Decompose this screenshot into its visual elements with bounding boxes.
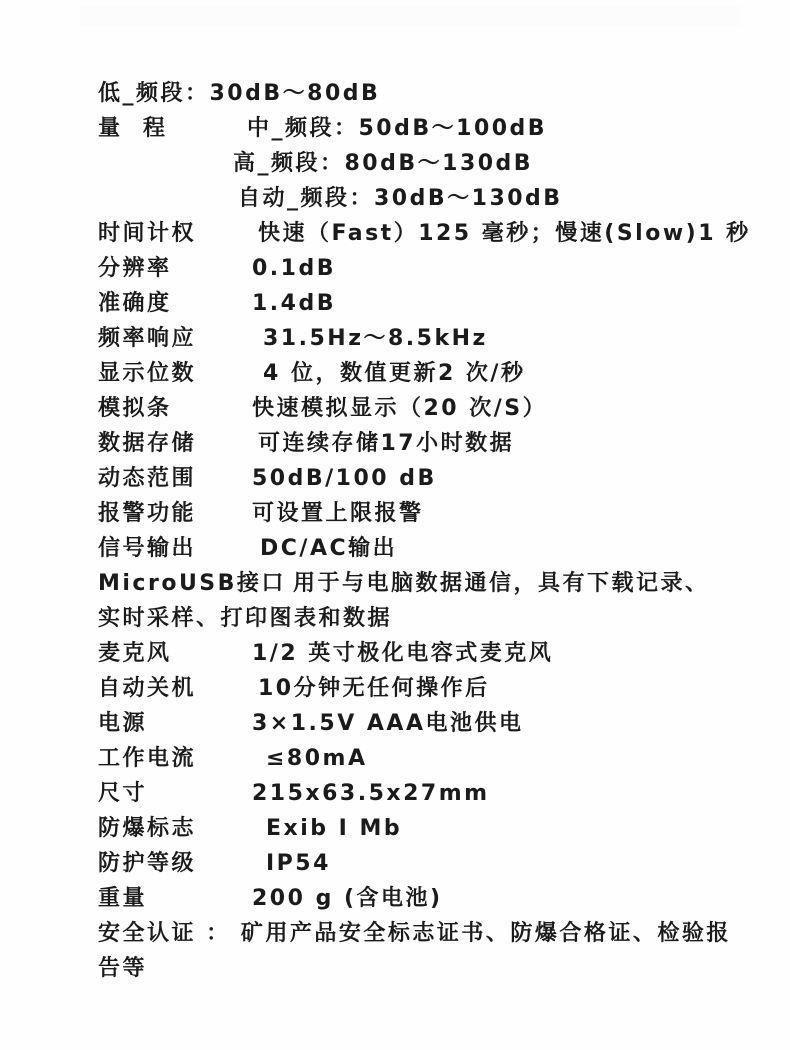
spec-value: 快速（Fast）125 毫秒；慢速(Slow)1 秒 <box>258 216 751 251</box>
spec-value: 中_频段：50dB～100dB <box>247 111 547 146</box>
spec-label: 尺寸 <box>98 776 147 811</box>
spec-row: 量 程中_频段：50dB～100dB <box>0 111 790 146</box>
spec-value: 可连续存储17小时数据 <box>258 426 514 461</box>
spec-label: 准确度 <box>98 286 172 321</box>
spec-value: 告等 <box>98 951 147 986</box>
spec-value: 自动_频段：30dB～130dB <box>238 181 563 216</box>
spec-value: 1.4dB <box>252 286 336 321</box>
spec-value: 快速模拟显示（20 次/S） <box>252 391 547 426</box>
spec-label: 模拟条 <box>98 391 172 426</box>
spec-label: 数据存储 <box>98 426 196 461</box>
spec-label: 信号输出 <box>98 531 196 566</box>
spec-row: 动态范围50dB/100 dB <box>0 461 790 496</box>
spec-value: 实时采样、打印图表和数据 <box>98 601 392 636</box>
spec-row: 电源3×1.5V AAA电池供电 <box>0 706 790 741</box>
spec-row: 时间计权快速（Fast）125 毫秒；慢速(Slow)1 秒 <box>0 216 790 251</box>
spec-row: 报警功能可设置上限报警 <box>0 496 790 531</box>
spec-label: 报警功能 <box>98 496 196 531</box>
spec-value: 低_频段：30dB～80dB <box>98 76 380 111</box>
spec-row: 尺寸215x63.5x27mm <box>0 776 790 811</box>
spec-row: 自动_频段：30dB～130dB <box>0 181 790 216</box>
spec-row: 高_频段：80dB～130dB <box>0 146 790 181</box>
spec-row: 低_频段：30dB～80dB <box>0 76 790 111</box>
spec-label: 电源 <box>98 706 147 741</box>
spec-value: ≤80mA <box>266 741 368 776</box>
spec-label: 量 程 <box>98 111 167 146</box>
spec-row: 信号输出DC/AC输出 <box>0 531 790 566</box>
spec-value: 10分钟无任何操作后 <box>258 671 490 706</box>
spec-row: 防爆标志Exib I Mb <box>0 811 790 846</box>
scan-artifact <box>80 6 740 26</box>
spec-value: DC/AC输出 <box>260 531 397 566</box>
spec-row: 防护等级IP54 <box>0 846 790 881</box>
spec-row: 分辨率0.1dB <box>0 251 790 286</box>
spec-row: 实时采样、打印图表和数据 <box>0 601 790 636</box>
spec-label: 防爆标志 <box>98 811 196 846</box>
spec-row: 准确度1.4dB <box>0 286 790 321</box>
spec-row: 频率响应31.5Hz～8.5kHz <box>0 321 790 356</box>
spec-value: 4 位，数值更新2 次/秒 <box>263 356 525 391</box>
spec-label: 麦克风 <box>98 636 172 671</box>
spec-row: 模拟条快速模拟显示（20 次/S） <box>0 391 790 426</box>
spec-value: IP54 <box>266 846 331 881</box>
spec-value: 31.5Hz～8.5kHz <box>263 321 488 356</box>
spec-value: 200 g (含电池) <box>252 881 443 916</box>
spec-value: 1/2 英寸极化电容式麦克风 <box>252 636 553 671</box>
spec-rows-container: 低_频段：30dB～80dB量 程中_频段：50dB～100dB高_频段：80d… <box>0 76 790 986</box>
spec-label: 频率响应 <box>98 321 196 356</box>
spec-label: 动态范围 <box>98 461 196 496</box>
spec-value: 3×1.5V AAA电池供电 <box>252 706 523 741</box>
spec-value: 可设置上限报警 <box>252 496 424 531</box>
spec-label: 自动关机 <box>98 671 196 706</box>
spec-label: 重量 <box>98 881 147 916</box>
spec-value: 用于与电脑数据通信，具有下载记录、 <box>293 566 710 601</box>
spec-value: 高_频段：80dB～130dB <box>233 146 533 181</box>
spec-label: 显示位数 <box>98 356 196 391</box>
spec-row: 工作电流≤80mA <box>0 741 790 776</box>
spec-row: 数据存储可连续存储17小时数据 <box>0 426 790 461</box>
spec-value: Exib I Mb <box>266 811 402 846</box>
spec-value: 50dB/100 dB <box>252 461 437 496</box>
spec-row: 重量200 g (含电池) <box>0 881 790 916</box>
spec-label: 分辨率 <box>98 251 172 286</box>
spec-sheet: 低_频段：30dB～80dB量 程中_频段：50dB～100dB高_频段：80d… <box>0 0 790 1050</box>
spec-value: 0.1dB <box>252 251 336 286</box>
spec-label: MicroUSB接口 <box>98 566 286 601</box>
spec-value: 安全认证 ： 矿用产品安全标志证书、防爆合格证、检验报 <box>98 916 731 951</box>
spec-label: 防护等级 <box>98 846 196 881</box>
spec-label: 工作电流 <box>98 741 196 776</box>
spec-row: 自动关机10分钟无任何操作后 <box>0 671 790 706</box>
spec-row: 显示位数4 位，数值更新2 次/秒 <box>0 356 790 391</box>
spec-row: MicroUSB接口用于与电脑数据通信，具有下载记录、 <box>0 566 790 601</box>
spec-row: 告等 <box>0 951 790 986</box>
spec-label: 时间计权 <box>98 216 196 251</box>
spec-value: 215x63.5x27mm <box>252 776 490 811</box>
spec-row: 安全认证 ： 矿用产品安全标志证书、防爆合格证、检验报 <box>0 916 790 951</box>
spec-row: 麦克风1/2 英寸极化电容式麦克风 <box>0 636 790 671</box>
